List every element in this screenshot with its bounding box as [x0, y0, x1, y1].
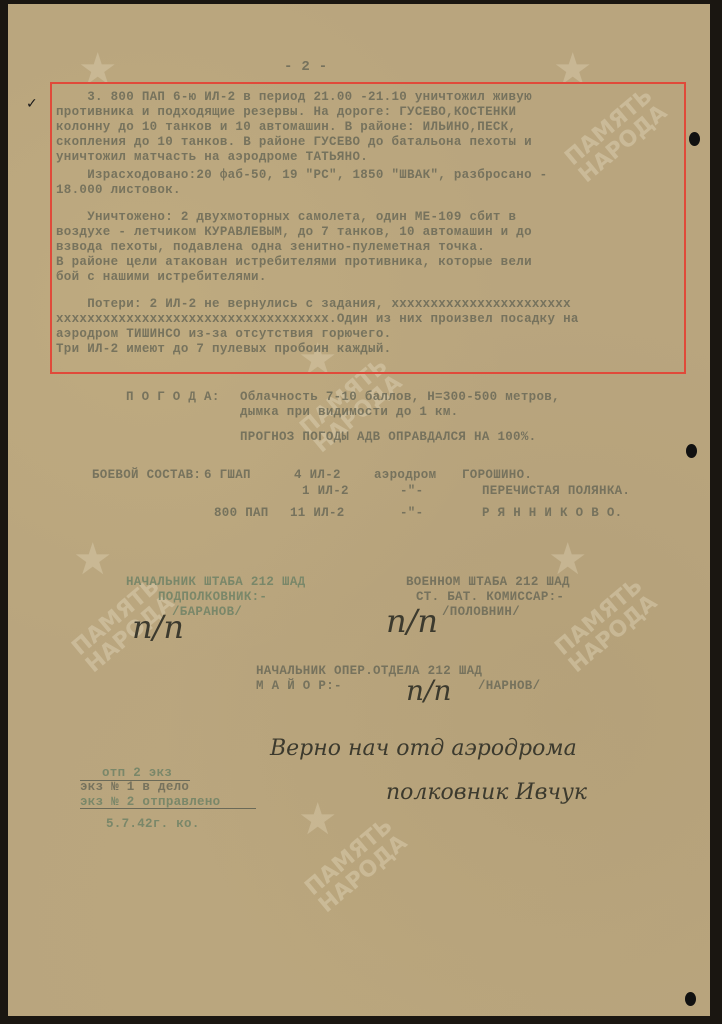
aircraft: 1 ИЛ-2: [302, 484, 349, 499]
place: Р Я Н Н И К О В О.: [482, 506, 622, 521]
place-label: аэродром: [374, 468, 436, 483]
certification-line: полковник Ивчук: [386, 780, 587, 805]
distribution-line: отп 2 экз: [102, 766, 172, 781]
body-line: взвода пехоты, подавлена одна зенитно-пу…: [56, 240, 485, 255]
watermark-star-icon: ★: [298, 794, 337, 845]
body-line: 3. 800 ПАП 6-ю ИЛ-2 в период 21.00 -21.1…: [56, 90, 532, 105]
body-line: Три ИЛ-2 имеют до 7 пулевых пробоин кажд…: [56, 342, 391, 357]
weather-forecast: ПРОГНОЗ ПОГОДЫ АДВ ОПРАВДАЛСЯ НА 100%.: [240, 430, 536, 445]
weather-label: П О Г О Д А:: [126, 390, 220, 405]
body-line: Израсходовано:20 фаб-50, 19 "РС", 1850 "…: [56, 168, 547, 183]
margin-check-mark: ✓: [26, 96, 38, 112]
place: ПЕРЕЧИСТАЯ ПОЛЯНКА.: [482, 484, 630, 499]
body-line: уничтожил матчасть на аэродроме ТАТЬЯНО.: [56, 150, 368, 165]
aircraft: 11 ИЛ-2: [290, 506, 345, 521]
distribution-line: 5.7.42г. ко.: [106, 817, 200, 832]
body-line: противника и подходящие резервы. На доро…: [56, 105, 516, 120]
combat-strength-label: БОЕВОЙ СОСТАВ:: [92, 468, 201, 483]
certification-line: Верно нач отд аэродрома: [270, 736, 577, 761]
body-line: аэродром ТИШИНСО из-за отсутствия горюче…: [56, 327, 391, 342]
body-line: воздухе - летчиком КУРАВЛЕВЫМ, до 7 танк…: [56, 225, 532, 240]
place-label: -"-: [400, 506, 423, 521]
weather-line: дымка при видимости до 1 км.: [240, 405, 458, 420]
weather-line: Облачность 7-10 баллов, Н=300-500 метров…: [240, 390, 560, 405]
signature-rank: СТ. БАТ. КОМИССАР:-: [416, 590, 564, 605]
signature-name: /ПОЛОВНИН/: [442, 605, 520, 620]
handwritten-signature: п/п: [132, 608, 184, 646]
aircraft: 4 ИЛ-2: [294, 468, 341, 483]
punch-hole: [685, 992, 696, 1006]
punch-hole: [686, 444, 697, 458]
signature-title: ВОЕННОМ ШТАБА 212 ШАД: [406, 575, 570, 590]
underline: [80, 808, 256, 809]
handwritten-signature: п/п: [386, 602, 438, 640]
signature-rank: ПОДПОЛКОВНИК:-: [158, 590, 267, 605]
punch-hole: [689, 132, 700, 146]
body-line: скопления до 10 танков. В районе ГУСЕВО …: [56, 135, 532, 150]
body-line: колонну до 10 танков и 10 автомашин. В р…: [56, 120, 516, 135]
body-line: Уничтожено: 2 двухмоторных самолета, оди…: [56, 210, 516, 225]
unit: 6 ГШАП: [204, 468, 251, 483]
document-page: ★ ★ ПАМЯТЬ НАРОДА ★ ПАМЯТЬ НАРОДА ★ ПАМЯ…: [8, 4, 710, 1016]
signature-name: /НАРНОВ/: [478, 679, 540, 694]
signature-title: НАЧАЛЬНИК ШТАБА 212 ШАД: [126, 575, 305, 590]
handwritten-signature: п/п: [406, 674, 452, 707]
distribution-line: экз № 1 в дело: [80, 780, 189, 795]
body-line: Потери: 2 ИЛ-2 не вернулись с задания, x…: [56, 297, 571, 312]
watermark-star-icon: ★: [73, 534, 112, 585]
place-label: -"-: [400, 484, 423, 499]
signature-rank: М А Й О Р:-: [256, 679, 342, 694]
body-line: 18.000 листовок.: [56, 183, 181, 198]
body-line: xxxxxxxxxxxxxxxxxxxxxxxxxxxxxxxxxxx.Один…: [56, 312, 579, 327]
page-number: - 2 -: [284, 60, 328, 75]
unit: 800 ПАП: [214, 506, 269, 521]
watermark-text: ПАМЯТЬ НАРОДА: [551, 575, 661, 677]
body-line: В районе цели атакован истребителями про…: [56, 255, 532, 270]
place: ГОРОШИНО.: [462, 468, 532, 483]
body-line: бой с нашими истребителями.: [56, 270, 267, 285]
